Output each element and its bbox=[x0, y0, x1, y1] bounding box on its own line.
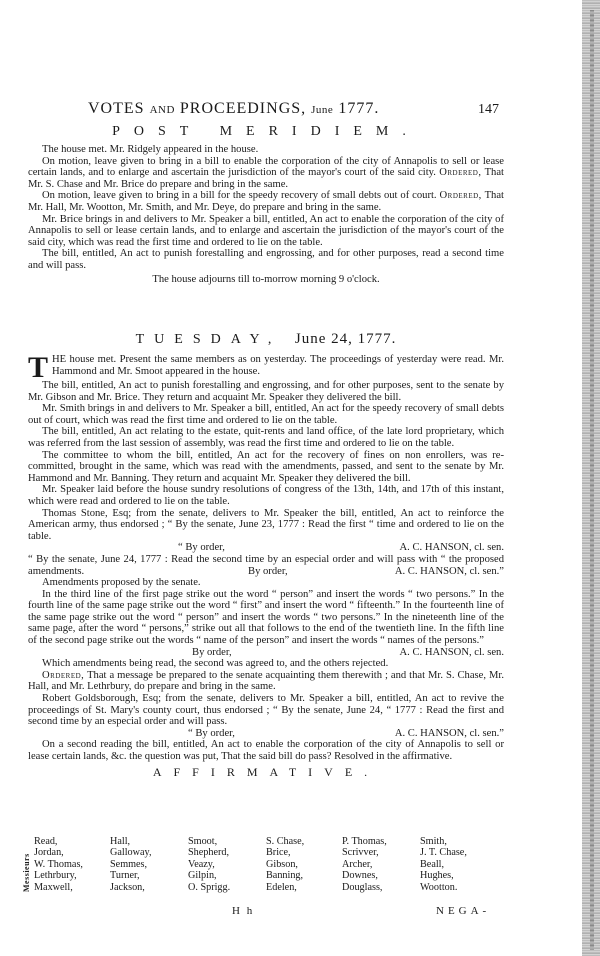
voter: Hughes, bbox=[420, 870, 500, 881]
voter: Semmes, bbox=[110, 859, 188, 870]
paragraph: On a second reading the bill, entitled, … bbox=[28, 739, 504, 762]
messieurs-label: Messieurs bbox=[22, 836, 31, 892]
by-order: By order, bbox=[248, 566, 288, 578]
amendments-text: In the third line of the first page stri… bbox=[28, 589, 504, 647]
voter: Turner, bbox=[110, 870, 188, 881]
voter: W. Thomas, bbox=[34, 859, 110, 870]
paragraph: On motion, leave given to bring in a bil… bbox=[28, 156, 504, 191]
paragraph: THE house met. Present the same members … bbox=[28, 354, 504, 377]
ordered-label: Ordered, bbox=[42, 670, 84, 681]
paragraph: The committee to whom the bill, entitled… bbox=[28, 450, 504, 485]
signature-line: “ By order, A. C. HANSON, cl. sen. bbox=[28, 542, 504, 554]
paragraph: Which amendments being read, the second … bbox=[28, 658, 504, 670]
vote-column: Smith, J. T. Chase, Beall, Hughes, Woott… bbox=[420, 836, 500, 893]
signer: A. C. HANSON, cl. sen. bbox=[400, 647, 504, 659]
paragraph-text: HE house met. Present the same members a… bbox=[52, 354, 504, 377]
voter: Jackson, bbox=[110, 882, 188, 893]
voter: Scrivver, bbox=[342, 847, 420, 858]
signature-line: By order, A. C. HANSON, cl. sen. bbox=[28, 647, 504, 659]
signature-line: By order, A. C. HANSON, cl. sen.” bbox=[28, 566, 504, 578]
voter: Douglass, bbox=[342, 882, 420, 893]
voter: Edelen, bbox=[266, 882, 342, 893]
ordered-label: Ordered, bbox=[440, 190, 482, 201]
page-number: 147 bbox=[478, 102, 499, 118]
voter: O. Sprigg. bbox=[188, 882, 266, 893]
catchword: NEGA- bbox=[436, 905, 490, 917]
by-order: By order, bbox=[192, 647, 232, 659]
paragraph: Mr. Smith brings in and delivers to Mr. … bbox=[28, 403, 504, 426]
voter: J. T. Chase, bbox=[420, 847, 500, 858]
running-head-proceedings: PROCEEDINGS, bbox=[180, 100, 306, 117]
paragraph: Robert Goldsborough, Esq; from the senat… bbox=[28, 693, 504, 728]
paragraph: The house met. Mr. Ridgely appeared in t… bbox=[28, 144, 504, 156]
vote-column: Smoot, Shepherd, Veazy, Gilpin, O. Sprig… bbox=[188, 836, 266, 893]
tuesday-heading: TUESDAY, June 24, 1777. bbox=[28, 331, 504, 348]
vote-column: Hall, Galloway, Semmes, Turner, Jackson, bbox=[110, 836, 188, 893]
voter: Galloway, bbox=[110, 847, 188, 858]
voter: Beall, bbox=[420, 859, 500, 870]
voter: Gilpin, bbox=[188, 870, 266, 881]
vote-column: Read, Jordan, W. Thomas, Lethrbury, Maxw… bbox=[34, 836, 110, 893]
tuesday-section: TUESDAY, June 24, 1777. THE house met. P… bbox=[28, 331, 504, 780]
voter: Archer, bbox=[342, 859, 420, 870]
voter: Jordan, bbox=[34, 847, 110, 858]
by-order: “ By order, bbox=[188, 728, 235, 740]
voter: S. Chase, bbox=[266, 836, 342, 847]
day-date: June 24, 1777. bbox=[295, 331, 397, 347]
document-page: VOTES AND PROCEEDINGS, June 1777. 147 PO… bbox=[0, 0, 600, 956]
voter: Gibson, bbox=[266, 859, 342, 870]
paragraph: The bill, entitled, An act relating to t… bbox=[28, 426, 504, 449]
voter: Brice, bbox=[266, 847, 342, 858]
paragraph-text: On motion, leave given to bring in a bil… bbox=[28, 156, 504, 179]
paragraph: On motion, leave given to bring in a bil… bbox=[28, 190, 504, 213]
voter: Lethrbury, bbox=[34, 870, 110, 881]
affirmative-votes: Messieurs Read, Jordan, W. Thomas, Lethr… bbox=[22, 836, 502, 893]
adjourn-line: The house adjourns till to-morrow mornin… bbox=[28, 274, 504, 286]
running-head: VOTES AND PROCEEDINGS, June 1777. bbox=[88, 100, 508, 118]
paragraph: The bill, entitled, An act to punish for… bbox=[28, 248, 504, 271]
signer: A. C. HANSON, cl. sen.” bbox=[395, 566, 504, 578]
paragraph: Ordered, That a message be prepared to t… bbox=[28, 670, 504, 693]
voter: Smith, bbox=[420, 836, 500, 847]
drop-cap: T bbox=[28, 356, 48, 380]
post-meridiem-section: POST MERIDIEM. The house met. Mr. Ridgel… bbox=[28, 124, 504, 285]
voter: Read, bbox=[34, 836, 110, 847]
vote-column: P. Thomas, Scrivver, Archer, Downes, Dou… bbox=[342, 836, 420, 893]
amendments-heading: Amendments proposed by the senate. bbox=[28, 577, 504, 589]
vote-column: S. Chase, Brice, Gibson, Banning, Edelen… bbox=[266, 836, 342, 893]
signer: A. C. HANSON, cl. sen.” bbox=[395, 728, 504, 740]
voter: Wootton. bbox=[420, 882, 500, 893]
ordered-label: Ordered, bbox=[439, 167, 481, 178]
voter: P. Thomas, bbox=[342, 836, 420, 847]
voter: Downes, bbox=[342, 870, 420, 881]
by-order: “ By order, bbox=[178, 542, 225, 554]
paragraph: Thomas Stone, Esq; from the senate, deli… bbox=[28, 508, 504, 543]
paragraph: Mr. Brice brings in and delivers to Mr. … bbox=[28, 214, 504, 249]
signer: A. C. HANSON, cl. sen. bbox=[400, 542, 504, 554]
signature-line: “ By order, A. C. HANSON, cl. sen.” bbox=[28, 728, 504, 740]
running-head-and: AND bbox=[150, 104, 175, 116]
binding-edge-shadow bbox=[590, 10, 594, 950]
affirmative-heading: AFFIRMATIVE. bbox=[28, 765, 504, 780]
voter: Banning, bbox=[266, 870, 342, 881]
paragraph: The bill, entitled, An act to punish for… bbox=[28, 380, 504, 403]
signature-mark: H h bbox=[232, 905, 254, 917]
paragraph: Mr. Speaker laid before the house sundry… bbox=[28, 484, 504, 507]
voter: Maxwell, bbox=[34, 882, 110, 893]
voter: Smoot, bbox=[188, 836, 266, 847]
voter: Hall, bbox=[110, 836, 188, 847]
paragraph-text: On motion, leave given to bring in a bil… bbox=[42, 190, 437, 201]
running-head-year: 1777. bbox=[338, 100, 379, 117]
voter: Shepherd, bbox=[188, 847, 266, 858]
running-head-votes: VOTES bbox=[88, 100, 145, 117]
running-head-month: June bbox=[311, 104, 333, 116]
voter: Veazy, bbox=[188, 859, 266, 870]
post-meridiem-heading: POST MERIDIEM. bbox=[28, 124, 504, 140]
day-title: TUESDAY, bbox=[136, 332, 282, 347]
ordered-text: That a message be prepared to the senate… bbox=[28, 670, 504, 693]
